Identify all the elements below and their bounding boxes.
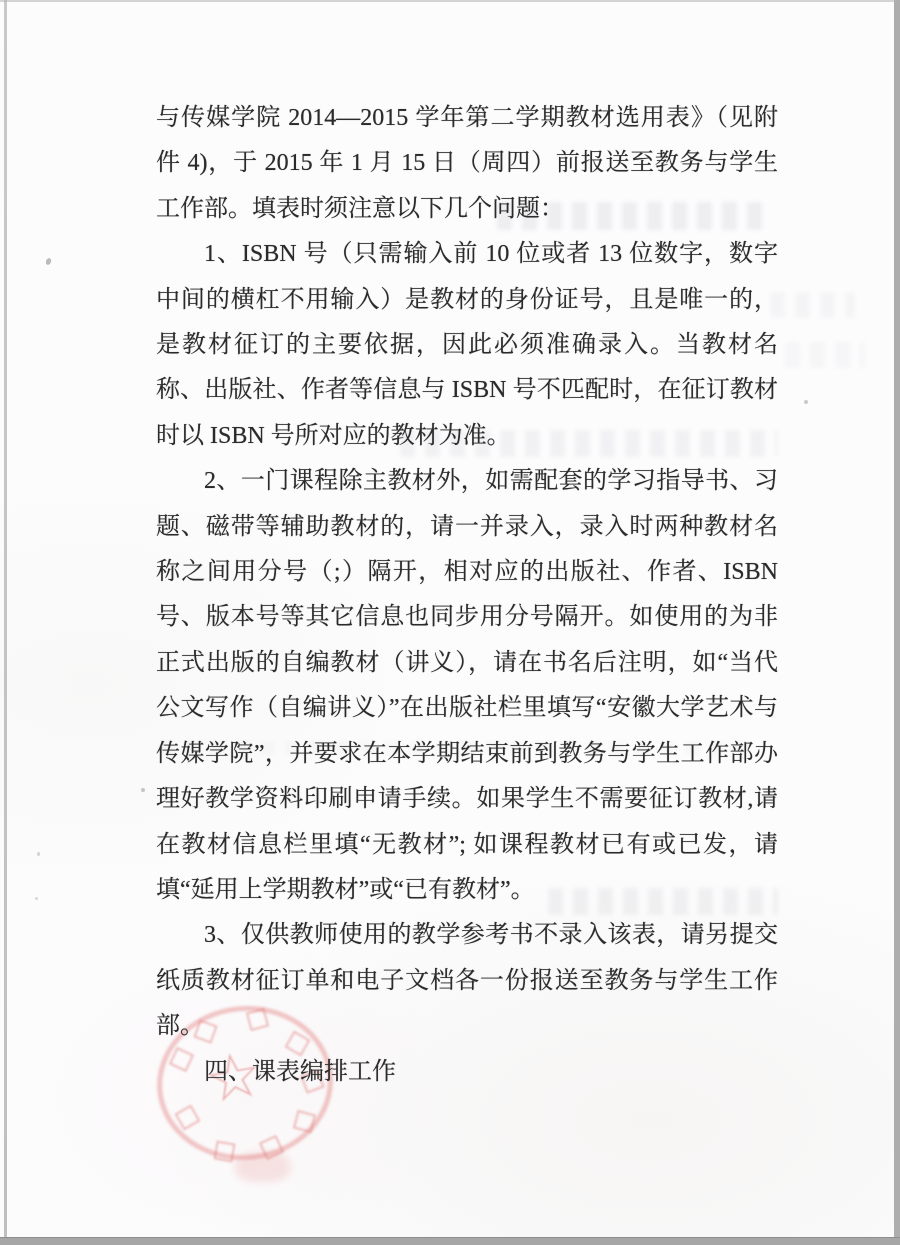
scan-speck: [35, 897, 38, 900]
seal-character-mark: [213, 1140, 235, 1162]
bleed-through-artifact: [770, 292, 855, 318]
bleed-through-artifact: [785, 342, 865, 368]
scan-edge-right: [894, 0, 900, 1245]
scan-speck: [141, 788, 145, 792]
scan-edge-left: [4, 0, 7, 1238]
scan-speck: [45, 257, 52, 265]
scan-edge-top: [0, 0, 900, 2]
paragraph-item-3: 3、仅供教师使用的教学参考书不录入该表，请另提交纸质教材征订单和电子文档各一份报…: [156, 913, 778, 1049]
paragraph-item-1: 1、ISBN 号（只需输入前 10 位或者 13 位数字，数字中间的横杠不用输入…: [156, 232, 778, 459]
paragraph-item-2: 2、一门课程除主教材外，如需配套的学习指导书、习题、磁带等辅助教材的，请一并录入…: [156, 459, 778, 913]
section-heading-4: 四、课表编排工作: [156, 1050, 778, 1095]
seal-smudge: [235, 1152, 290, 1182]
document-text-block: 与传媒学院 2014—2015 学年第二学期教材选用表》（见附件 4)，于 20…: [156, 96, 778, 1095]
scan-speck: [804, 400, 808, 404]
scan-edge-bottom: [0, 1238, 900, 1245]
scan-speck: [37, 852, 40, 856]
paragraph-continuation: 与传媒学院 2014—2015 学年第二学期教材选用表》（见附件 4)，于 20…: [156, 96, 778, 232]
scanned-page: ☆ 与传媒学院 2014—2015 学年第二学期教材选用表》（见附件 4)，于 …: [0, 0, 900, 1245]
